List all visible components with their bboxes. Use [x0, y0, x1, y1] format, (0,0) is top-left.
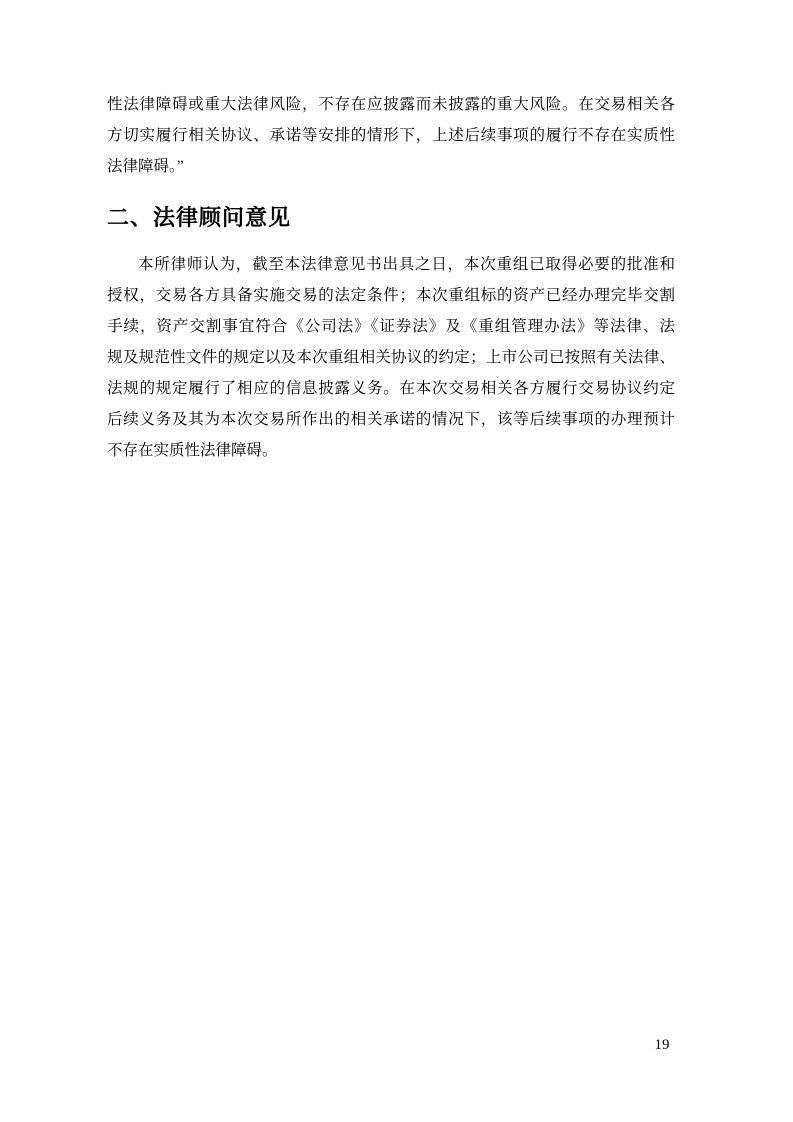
- text-line: 法规的规定履行了相应的信息披露义务。在本次交易相关各方履行交易协议约定: [107, 373, 675, 404]
- text-line: 后续义务及其为本次交易所作出的相关承诺的情况下，该等后续事项的办理预计: [107, 404, 675, 435]
- text-line: 法律障碍。”: [107, 151, 675, 182]
- page-number: 19: [642, 1037, 682, 1054]
- text-line: 性法律障碍或重大法律风险，不存在应披露而未披露的重大风险。在交易相关各: [107, 89, 675, 120]
- legal-opinion-paragraph: 本所律师认为，截至本法律意见书出具之日，本次重组已取得必要的批准和 授权，交易各…: [107, 249, 675, 466]
- text-line: 本所律师认为，截至本法律意见书出具之日，本次重组已取得必要的批准和: [107, 249, 675, 280]
- text-line: 手续，资产交割事宜符合《公司法》《证券法》及《重组管理办法》等法律、法: [107, 311, 675, 342]
- text-line: 不存在实质性法律障碍。: [107, 435, 675, 466]
- text-line: 授权，交易各方具备实施交易的法定条件；本次重组标的资产已经办理完毕交割: [107, 280, 675, 311]
- text-line: 规及规范性文件的规定以及本次重组相关协议的约定；上市公司已按照有关法律、: [107, 342, 675, 373]
- document-page: 性法律障碍或重大法律风险，不存在应披露而未披露的重大风险。在交易相关各 方切实履…: [0, 0, 793, 1122]
- section-heading: 二、法律顾问意见: [107, 203, 291, 233]
- paragraph-continuation: 性法律障碍或重大法律风险，不存在应披露而未披露的重大风险。在交易相关各 方切实履…: [107, 89, 675, 182]
- text-line: 方切实履行相关协议、承诺等安排的情形下，上述后续事项的履行不存在实质性: [107, 120, 675, 151]
